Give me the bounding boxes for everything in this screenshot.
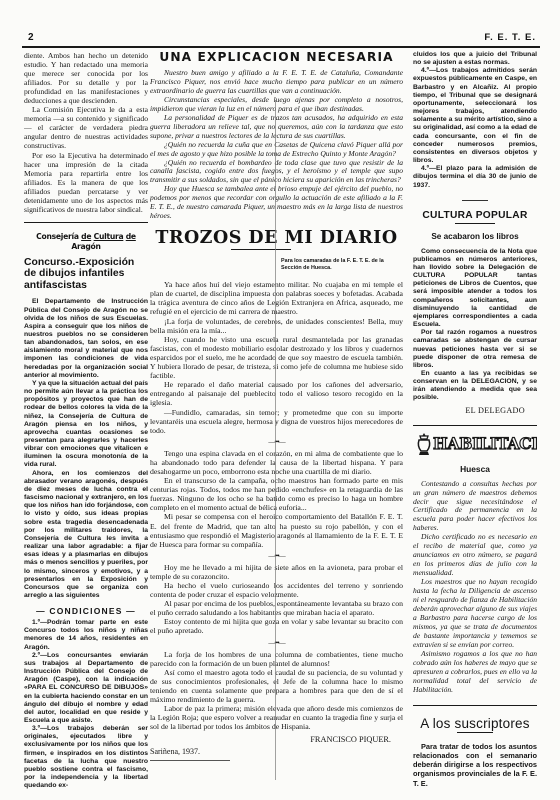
paragraph: La forja de los hombres de una columna d… — [150, 650, 403, 668]
conditions-heading: — CONDICIONES — — [24, 606, 148, 616]
condition-item: 4.º—El plazo para la admisión de dibujos… — [413, 165, 537, 189]
paragraph: Para tratar de todos los asuntos relacio… — [413, 742, 537, 788]
paragraph: El Departamento de Instrucción Pública d… — [24, 298, 148, 380]
divider — [413, 425, 537, 426]
publication-name: F. E. T. E. — [484, 32, 536, 43]
paragraph: En cuanto a las ya recibidas se conserva… — [413, 370, 537, 403]
paragraph: Por tal razón rogamos a nuestros camarad… — [413, 329, 537, 370]
condition-item: 2.º—Los concursantes enviarán sus trabaj… — [24, 652, 148, 725]
paragraph: Circunstancias especiales, desde luego a… — [150, 96, 403, 114]
condition-item: 3.º—Los trabajos deberán ser originales,… — [24, 725, 148, 790]
paragraph: Contestando a consultas hechas por un gr… — [413, 480, 537, 534]
suscriptores-body: Para tratar de todos los asuntos relacio… — [413, 742, 537, 788]
cultura-body: Como consecuencia de la Nota que publica… — [413, 248, 537, 403]
section-ornament: —•••— — [150, 638, 403, 648]
section-title-cultura-popular: CULTURA POPULAR — [413, 210, 537, 221]
paragraph: Dicho certificado no es necesario en el … — [413, 533, 537, 578]
logo-text: HABILITACION — [433, 434, 537, 453]
subtitle-libros: Se acabaron los libros — [413, 232, 537, 241]
paragraph: Los maestros que no hayan recogido hasta… — [413, 578, 537, 650]
paragraph: Así como el maestro agota todo el caudal… — [150, 668, 403, 704]
condition-item: 1.º—Podrán tomar parte en este Concurso … — [24, 619, 148, 652]
paragraph: En el transcurso de la campaña, ocho mae… — [150, 476, 403, 512]
paragraph: Hoy, cuando he visto una escuela rural d… — [150, 335, 403, 380]
section-ornament: —•••— — [150, 551, 403, 561]
concurso-body: El Departamento de Instrucción Pública d… — [24, 298, 148, 790]
explicacion-body: Nuestro buen amigo y afiliado a la F. E.… — [150, 69, 403, 221]
paragraph: Estoy contento de mi hijita que goza en … — [150, 617, 403, 635]
column-fold-line — [275, 100, 276, 780]
habilitacion-logo: HABILITACION — [413, 432, 537, 458]
paragraph: Ya hace años huí del viejo estamento mil… — [150, 280, 403, 316]
title-underline — [231, 249, 291, 250]
urn-icon — [415, 432, 433, 456]
paragraph: Como consecuencia de la Nota que publica… — [413, 248, 537, 330]
condition-item: 4.º—Los trabajos admitidos serán expuest… — [413, 67, 537, 165]
dedication: Para los camaradas de la F. E. T. E. de … — [281, 258, 403, 272]
paragraph: La personalidad de Piquer es de trazos t… — [150, 114, 403, 141]
divider — [462, 200, 488, 201]
subtitle-huesca: Huesca — [413, 464, 537, 474]
diario-body: Ya hace años huí del viejo estamento mil… — [150, 280, 403, 760]
author-signature: FRANCISCO PIQUER. — [150, 735, 403, 744]
habilitacion-body: Contestando a consultas hechas por un gr… — [413, 480, 537, 695]
paragraph: Por eso la Ejecutiva ha determinado hace… — [24, 151, 148, 214]
page-number: 2 — [28, 32, 34, 43]
paragraph: Nuestro buen amigo y afiliado a la F. E.… — [150, 69, 403, 96]
middle-column: UNA EXPLICACION NECESARIA Nuestro buen a… — [150, 51, 403, 761]
paragraph: Y ya que la situación actual del país no… — [24, 380, 148, 470]
section-title-suscriptores: A los suscriptores — [413, 716, 537, 731]
paragraph: Hoy que Huesca se tambalea ante el brios… — [150, 185, 403, 221]
divider — [413, 705, 537, 706]
paragraph: —Fundidlo, camaradas, sin temor; y prome… — [150, 408, 403, 435]
paragraph: ¿Quién no recuerda el bombardeo de toda … — [150, 159, 403, 186]
place-date: Sariñena, 1937. — [150, 747, 403, 756]
paragraph: He reparado el daño material causado por… — [150, 380, 403, 407]
page-header: 2 F. E. T. E. — [22, 32, 540, 48]
concurso-continuation: cluidos los que a juicio del Tribunal no… — [413, 51, 537, 190]
paragraph: Tengo una espina clavada en el corazón, … — [150, 449, 403, 476]
paragraph: Al pasar por encima de los pueblos, espo… — [150, 599, 403, 617]
paragraph: Ahora, en los comienzos del abrasador ve… — [24, 470, 148, 601]
paragraph: Asimismo rogamos a los que no han cobrad… — [413, 650, 537, 695]
article-title-explicacion: UNA EXPLICACION NECESARIA — [150, 51, 403, 64]
right-column: cluidos los que a juicio del Tribunal no… — [413, 51, 537, 788]
signature-delegado: EL DELEGADO — [413, 406, 537, 415]
title-underline — [457, 732, 493, 733]
left-column: diente. Ambos han hecho un detenido estu… — [24, 51, 148, 790]
paragraph: Hoy me he llevado a mi hijita de siete a… — [150, 563, 403, 581]
paragraph: ¿Quién no recuerda la cuña que en Caseta… — [150, 141, 403, 159]
article-title-concurso: Concurso.-Exposición de dibujos infantil… — [24, 257, 148, 292]
memoria-continuation: diente. Ambos han hecho un detenido estu… — [24, 51, 148, 214]
paragraph: diente. Ambos han hecho un detenido estu… — [24, 51, 148, 105]
paragraph: Labor de paz la primera; misión elevada … — [150, 704, 403, 731]
paragraph: La Comisión Ejecutiva le da a esta memor… — [24, 105, 148, 150]
section-ornament: —•••— — [150, 437, 403, 447]
paragraph: cluidos los que a juicio del Tribunal no… — [413, 51, 537, 67]
divider — [24, 222, 148, 223]
paragraph: Ha hecho el vuelo curioseando los accide… — [150, 581, 403, 599]
title-underline — [455, 223, 495, 224]
paragraph: ¡La forja de voluntades, de cerebros, de… — [150, 317, 403, 335]
section-heading-consejeria: Consejería de Cultura de Aragón — [29, 231, 143, 251]
paragraph: Mi pesar se compensa con el heroico comp… — [150, 512, 403, 548]
divider — [150, 760, 230, 761]
article-title-trozos: TROZOS DE MI DIARIO — [150, 228, 403, 248]
